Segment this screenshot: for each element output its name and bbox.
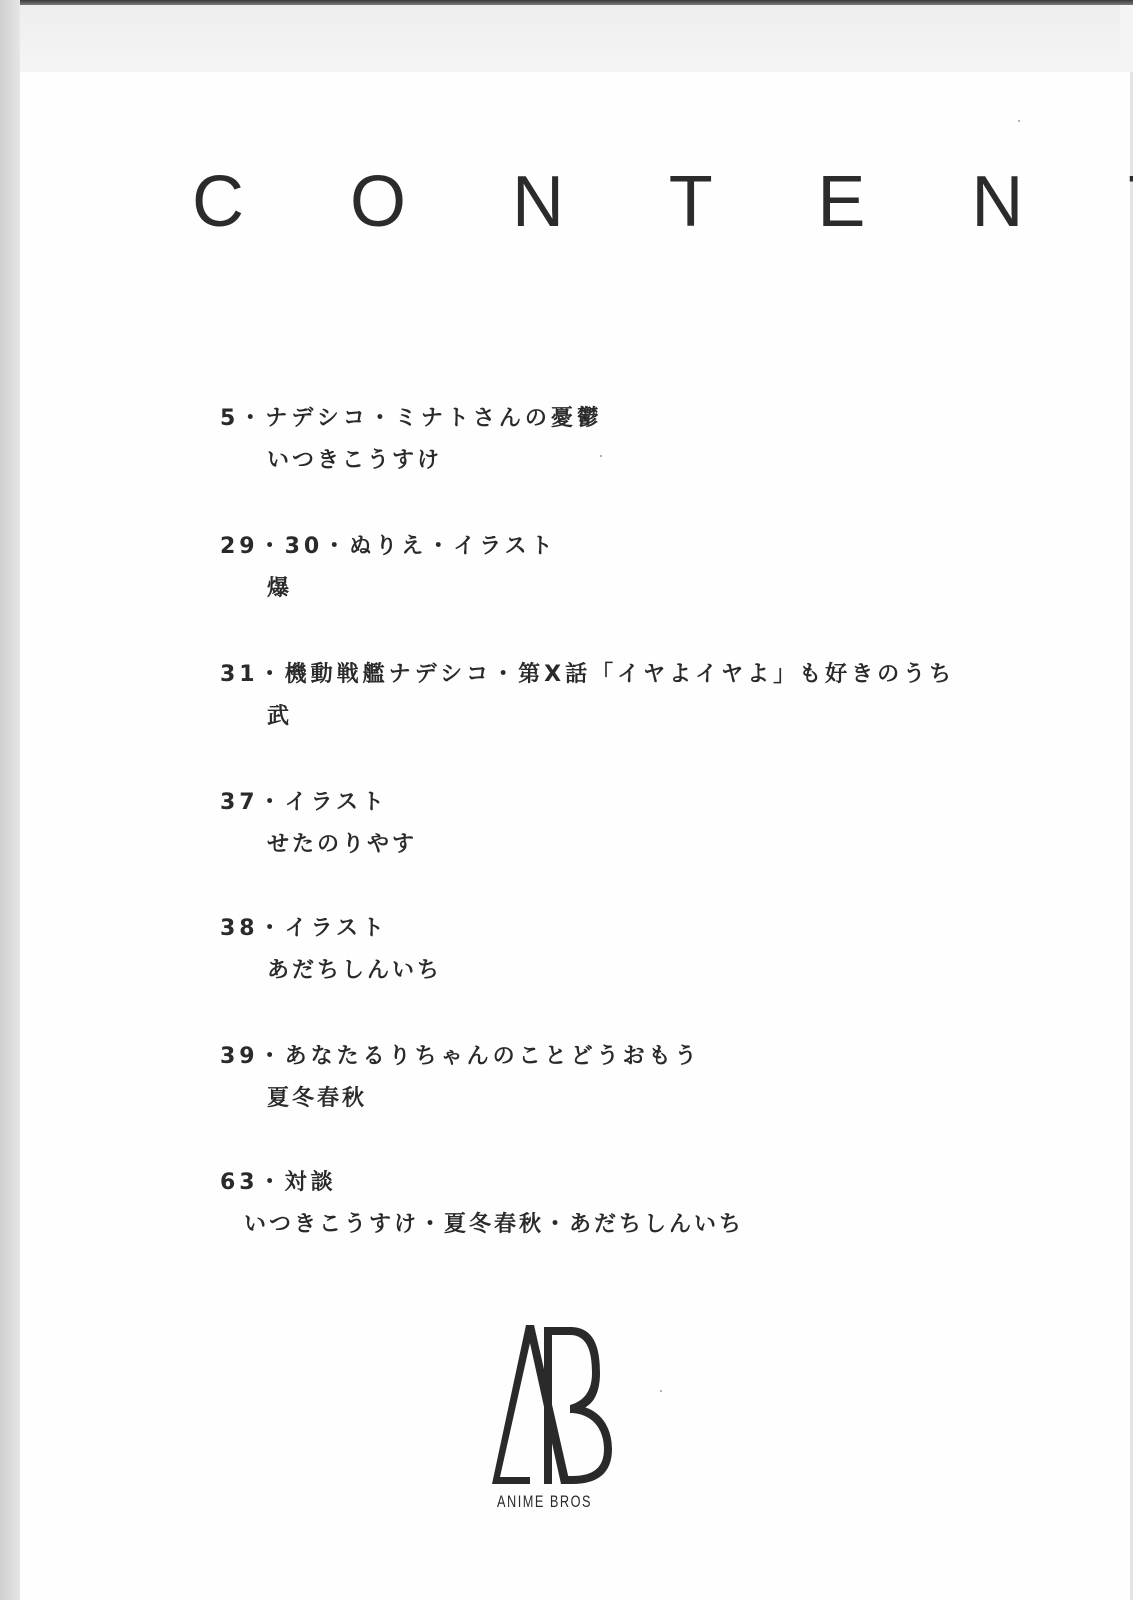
entry-title: 29・30・ぬりえ・イラスト xyxy=(220,536,557,558)
scan-speck xyxy=(660,1390,662,1392)
entry-title: 38・イラスト xyxy=(220,918,388,940)
entry-title: 5・ナデシコ・ミナトさんの憂鬱 xyxy=(220,408,603,430)
scan-speck xyxy=(1018,120,1020,122)
scan-edge-left xyxy=(0,0,20,1600)
entry-title: 37・イラスト xyxy=(220,792,388,814)
entry-author: いつきこうすけ xyxy=(267,450,442,472)
entry-title: 31・機動戦艦ナデシコ・第X話「イヤよイヤよ」も好きのうち xyxy=(220,664,955,686)
entry-title: 39・あなたるりちゃんのことどうおもう xyxy=(220,1046,701,1068)
entry-author: 夏冬春秋 xyxy=(267,1088,367,1110)
entry-title: 63・対談 xyxy=(220,1172,337,1194)
back-sheet xyxy=(20,5,1120,75)
ab-monogram-icon xyxy=(490,1325,620,1490)
page-title: C O N T E N T S xyxy=(192,166,1133,238)
entry-author: いつきこうすけ・夏冬春秋・あだちしんいち xyxy=(244,1214,744,1236)
entry-author: 爆 xyxy=(267,578,292,600)
entry-author: あだちしんいち xyxy=(267,960,442,982)
entry-author: せたのりやす xyxy=(267,834,417,856)
logo-caption: ANIME BROS xyxy=(497,1492,592,1512)
scan-speck xyxy=(600,455,602,457)
entry-author: 武 xyxy=(267,706,292,728)
